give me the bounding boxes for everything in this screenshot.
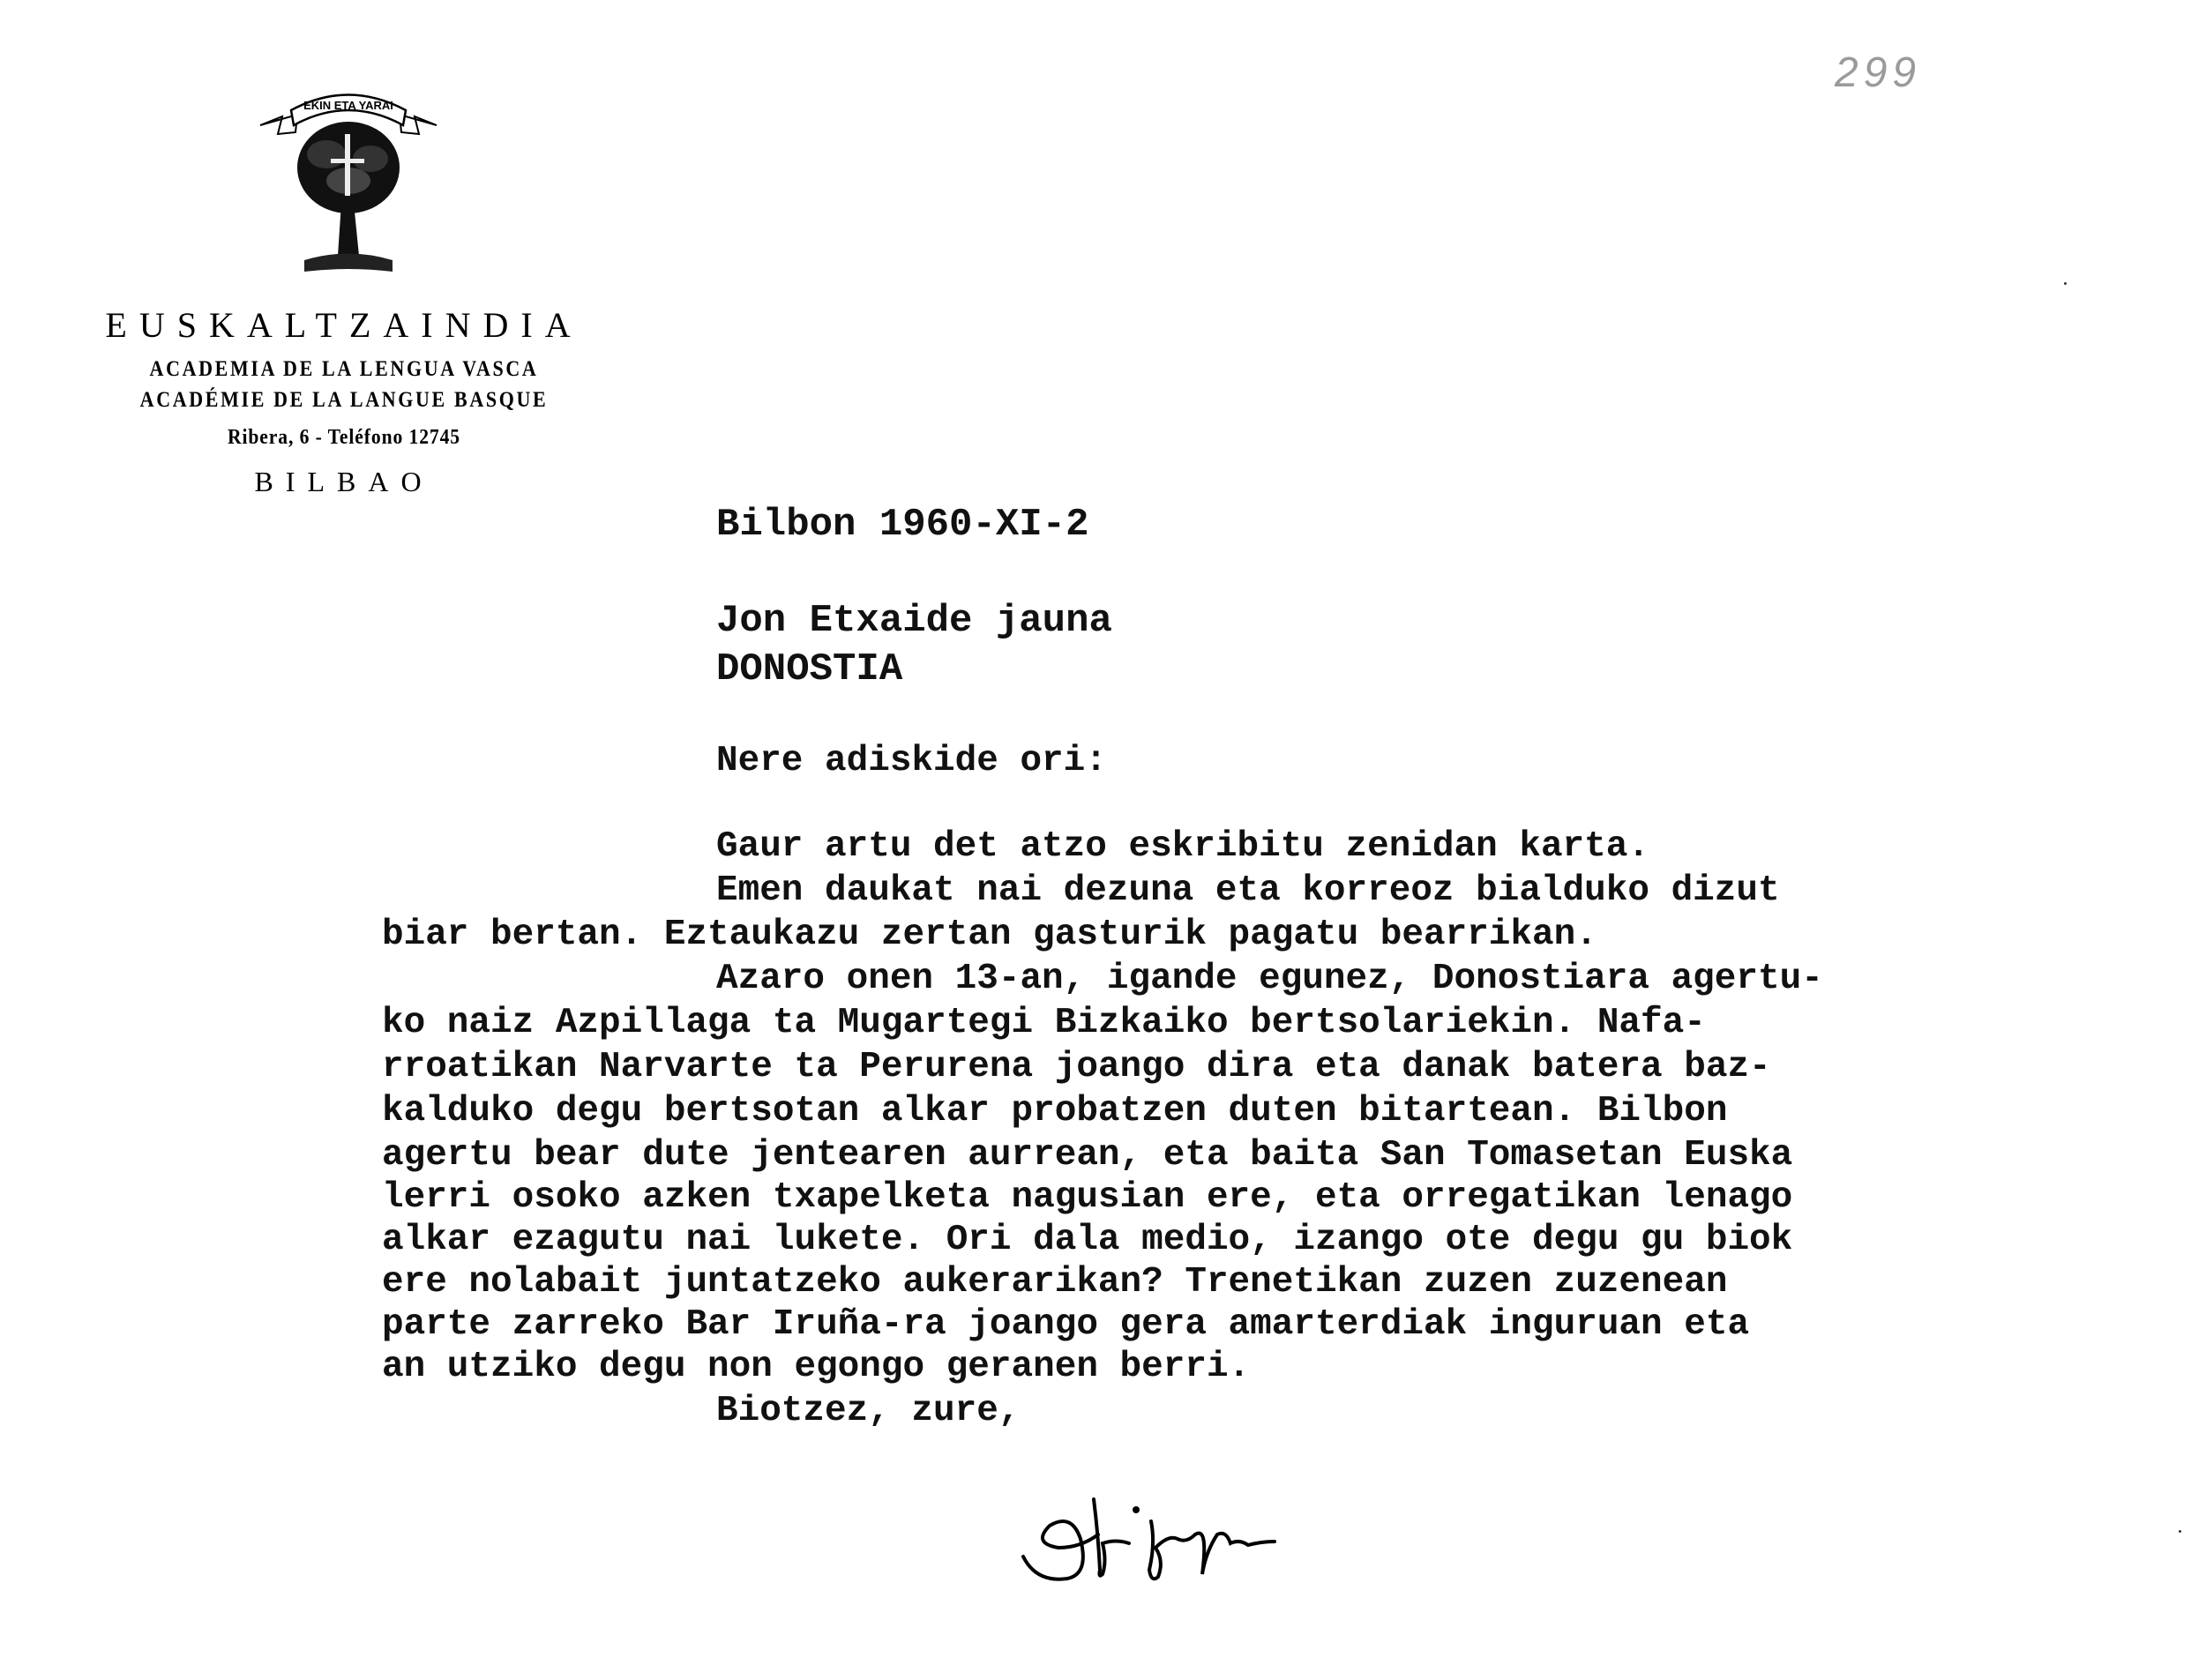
body-line: alkar ezagutu nai lukete. Ori dala medio… bbox=[382, 1222, 1792, 1258]
salutation: Nere adiskide ori: bbox=[716, 743, 1107, 780]
recipient-city: DONOSTIA bbox=[716, 650, 902, 689]
handwritten-signature-icon bbox=[1019, 1490, 1292, 1587]
motto-text: EKIN ETA YARAI bbox=[303, 99, 393, 112]
body-line: biar bertan. Eztaukazu zertan gasturik p… bbox=[382, 917, 1597, 953]
body-line: ko naiz Azpillaga ta Mugartegi Bizkaiko … bbox=[382, 1005, 1706, 1042]
body-line: parte zarreko Bar Iruña-ra joango gera a… bbox=[382, 1307, 1749, 1343]
body-line: rroatikan Narvarte ta Perurena joango di… bbox=[382, 1049, 1771, 1086]
body-line: ere nolabait juntatzeko aukerarikan? Tre… bbox=[382, 1265, 1727, 1301]
org-city: BILBAO bbox=[88, 466, 600, 498]
recipient-name: Jon Etxaide jauna bbox=[716, 601, 1112, 640]
body-line: lerri osoko azken txapelketa nagusian er… bbox=[382, 1180, 1792, 1216]
paper-speck bbox=[2179, 1530, 2181, 1533]
org-line-french: ACADÉMIE DE LA LANGUE BASQUE bbox=[119, 388, 569, 413]
body-line: an utziko degu non egongo geranen berri. bbox=[382, 1349, 1250, 1385]
closing: Biotzez, zure, bbox=[716, 1393, 1020, 1430]
letter-date: Bilbon 1960-XI-2 bbox=[716, 505, 1088, 544]
page-number: 299 bbox=[1835, 49, 1921, 97]
org-line-spanish: ACADEMIA DE LA LENGUA VASCA bbox=[119, 357, 569, 382]
body-line: Emen daukat nai dezuna eta korreoz biald… bbox=[716, 873, 1780, 909]
org-name: EUSKALTZAINDIA bbox=[88, 304, 600, 346]
body-line: Gaur artu det atzo eskribitu zenidan kar… bbox=[716, 829, 1649, 865]
oak-tree-emblem-icon: EKIN ETA YARAI bbox=[243, 71, 454, 282]
body-line: Azaro onen 13-an, igande egunez, Donosti… bbox=[716, 961, 1823, 997]
paper-speck bbox=[2064, 282, 2067, 285]
body-line: agertu bear dute jentearen aurrean, eta … bbox=[382, 1138, 1792, 1174]
org-address: Ribera, 6 - Teléfono 12745 bbox=[114, 426, 574, 450]
body-line: kalduko degu bertsotan alkar probatzen d… bbox=[382, 1094, 1727, 1130]
